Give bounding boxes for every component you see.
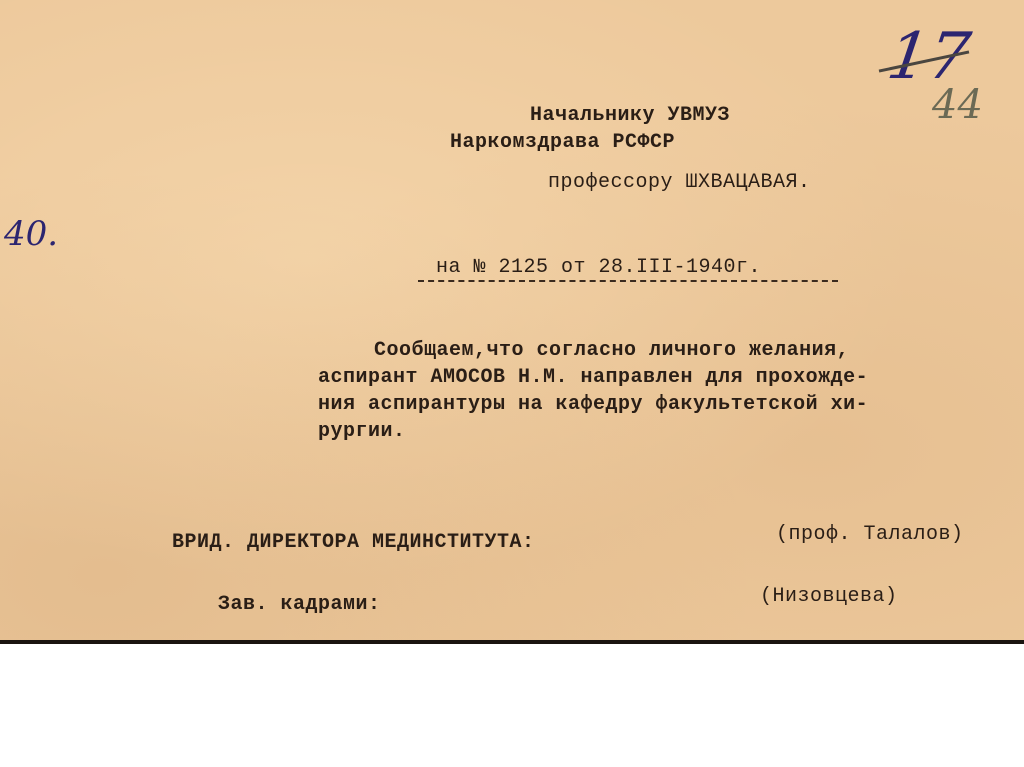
addressee-line-2: Наркомздрава РСФСР — [450, 132, 675, 154]
signature-title-director: ВРИД. ДИРЕКТОРА МЕДИНСТИТУТА: — [172, 532, 535, 554]
addressee-line-3: профессору ШХВАЦАВАЯ. — [548, 172, 811, 194]
signature-name-director: (проф. Талалов) — [776, 524, 964, 546]
pencil-page-number: 44 — [932, 82, 983, 128]
body-line: рургии. — [318, 421, 1018, 448]
body-line: аспирант АМОСОВ Н.М. направлен для прохо… — [318, 367, 1018, 394]
archival-document-page: 17 44 40. Начальнику УВМУЗ Наркомздрава … — [0, 0, 1024, 644]
body-line: Сообщаем,что согласно личного желания, — [318, 340, 1018, 367]
signature-name-hr: (Низовцева) — [760, 586, 898, 608]
signature-title-hr: Зав. кадрами: — [218, 594, 381, 616]
reference-underline — [418, 280, 838, 282]
margin-note: 40. — [4, 214, 58, 254]
body-paragraph: Сообщаем,что согласно личного желания, а… — [318, 340, 1018, 448]
addressee-line-1: Начальнику УВМУЗ — [530, 105, 730, 127]
body-line: ния аспирантуры на кафедру факультетской… — [318, 394, 1018, 421]
reference-number: на № 2125 от 28.III-1940г. — [436, 257, 761, 279]
